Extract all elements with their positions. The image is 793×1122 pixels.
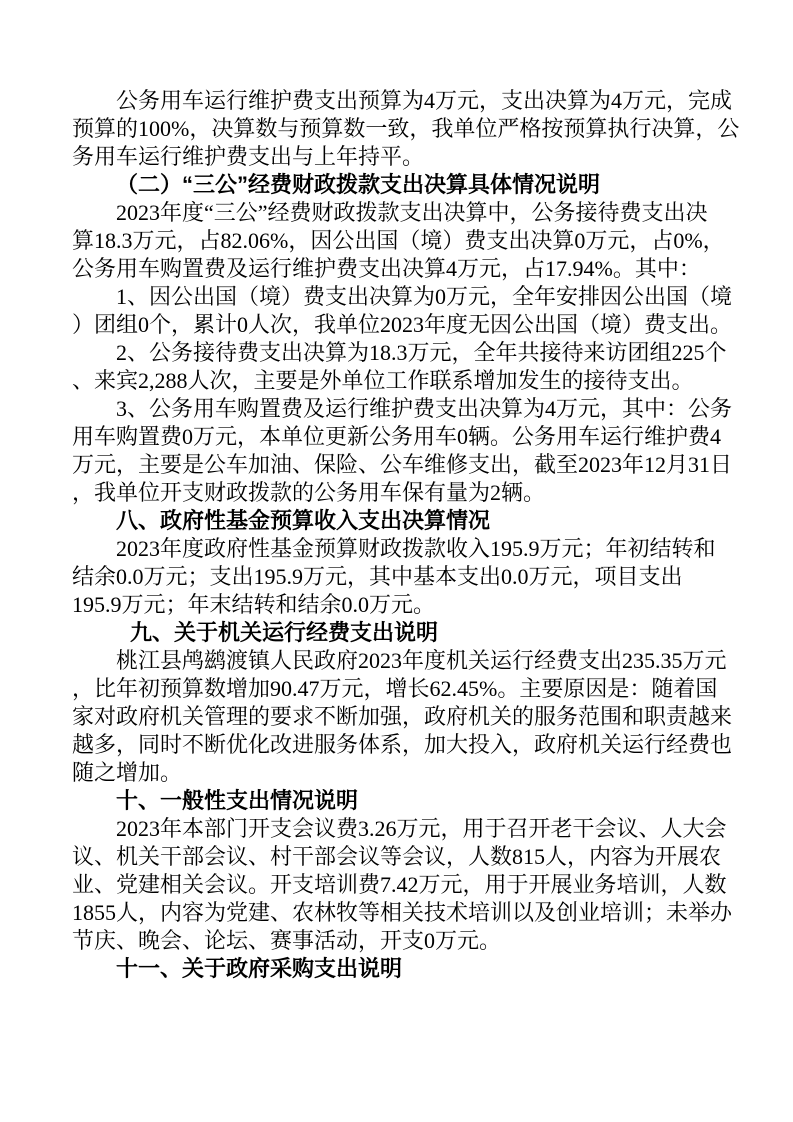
para-general-expense-line-3: 业、党建相关会议。开支培训费7.42万元，用于开展业务培训，人数 (72, 871, 728, 899)
para-general-expense-line-4: 1855人，内容为党建、农林牧等相关技术培训以及创业培训；未举办 (72, 899, 728, 927)
para-operating-expense-line-2: ，比年初预算数增加90.47万元，增长62.45%。主要原因是：随着国 (72, 675, 728, 703)
para-item-1-abroad-line-1: 1、因公出国（境）费支出决算为0万元，全年安排因公出国（境 (72, 283, 728, 311)
heading-section-9-operating-expense: 九、关于机关运行经费支出说明 (72, 619, 728, 647)
para-operating-expense-line-3: 家对政府机关管理的要求不断加强，政府机关的服务范围和职责越来 (72, 703, 728, 731)
para-item-3-vehicle-line-3: 万元，主要是公车加油、保险、公车维修支出，截至2023年12月31日 (72, 451, 728, 479)
para-general-expense-line-2: 议、机关干部会议、村干部会议等会议，人数815人，内容为开展农 (72, 843, 728, 871)
document-body: 公务用车运行维护费支出预算为4万元，支出决算为4万元，完成 预算的100%，决算… (72, 87, 728, 983)
heading-section-11-gov-procurement: 十一、关于政府采购支出说明 (72, 955, 728, 983)
para-three-public-summary-line-2: 算18.3万元，占82.06%，因公出国（境）费支出决算0万元，占0%， (72, 227, 728, 255)
para-item-2-reception-line-2: 、来宾2,288人次，主要是外单位工作联系增加发生的接待支出。 (72, 367, 728, 395)
para-gov-fund-line-1: 2023年度政府性基金预算财政拨款收入195.9万元；年初结转和 (72, 535, 728, 563)
para-vehicle-maintenance-line-2: 预算的100%，决算数与预算数一致，我单位严格按预算执行决算，公 (72, 115, 728, 143)
para-gov-fund-line-3: 195.9万元；年末结转和结余0.0万元。 (72, 591, 728, 619)
document-page: 公务用车运行维护费支出预算为4万元，支出决算为4万元，完成 预算的100%，决算… (0, 0, 793, 1122)
para-item-3-vehicle-line-2: 用车购置费0万元，本单位更新公务用车0辆。公务用车运行维护费4 (72, 423, 728, 451)
para-gov-fund-line-2: 结余0.0万元；支出195.9万元，其中基本支出0.0万元，项目支出 (72, 563, 728, 591)
para-item-3-vehicle-line-4: ，我单位开支财政拨款的公务用车保有量为2辆。 (72, 479, 728, 507)
heading-section-8-gov-fund: 八、政府性基金预算收入支出决算情况 (72, 507, 728, 535)
heading-section-2-three-public-detail: （二）“三公”经费财政拨款支出决算具体情况说明 (72, 171, 728, 199)
para-operating-expense-line-4: 越多，同时不断优化改进服务体系，加大投入，政府机关运行经费也 (72, 731, 728, 759)
para-operating-expense-line-5: 随之增加。 (72, 759, 728, 787)
heading-section-10-general-expense: 十、一般性支出情况说明 (72, 787, 728, 815)
para-vehicle-maintenance-line-1: 公务用车运行维护费支出预算为4万元，支出决算为4万元，完成 (72, 87, 728, 115)
para-three-public-summary-line-1: 2023年度“三公”经费财政拨款支出决算中，公务接待费支出决 (72, 199, 728, 227)
para-item-2-reception-line-1: 2、公务接待费支出决算为18.3万元，全年共接待来访团组225个 (72, 339, 728, 367)
para-item-3-vehicle-line-1: 3、公务用车购置费及运行维护费支出决算为4万元，其中：公务 (72, 395, 728, 423)
para-item-1-abroad-line-2: ）团组0个，累计0人次，我单位2023年度无因公出国（境）费支出。 (72, 311, 728, 339)
para-general-expense-line-5: 节庆、晚会、论坛、赛事活动，开支0万元。 (72, 927, 728, 955)
para-three-public-summary-line-3: 公务用车购置费及运行维护费支出决算4万元，占17.94%。其中： (72, 255, 728, 283)
para-operating-expense-line-1: 桃江县鸬鹚渡镇人民政府2023年度机关运行经费支出235.35万元 (72, 647, 728, 675)
para-vehicle-maintenance-line-3: 务用车运行维护费支出与上年持平。 (72, 143, 728, 171)
para-general-expense-line-1: 2023年本部门开支会议费3.26万元，用于召开老干会议、人大会 (72, 815, 728, 843)
